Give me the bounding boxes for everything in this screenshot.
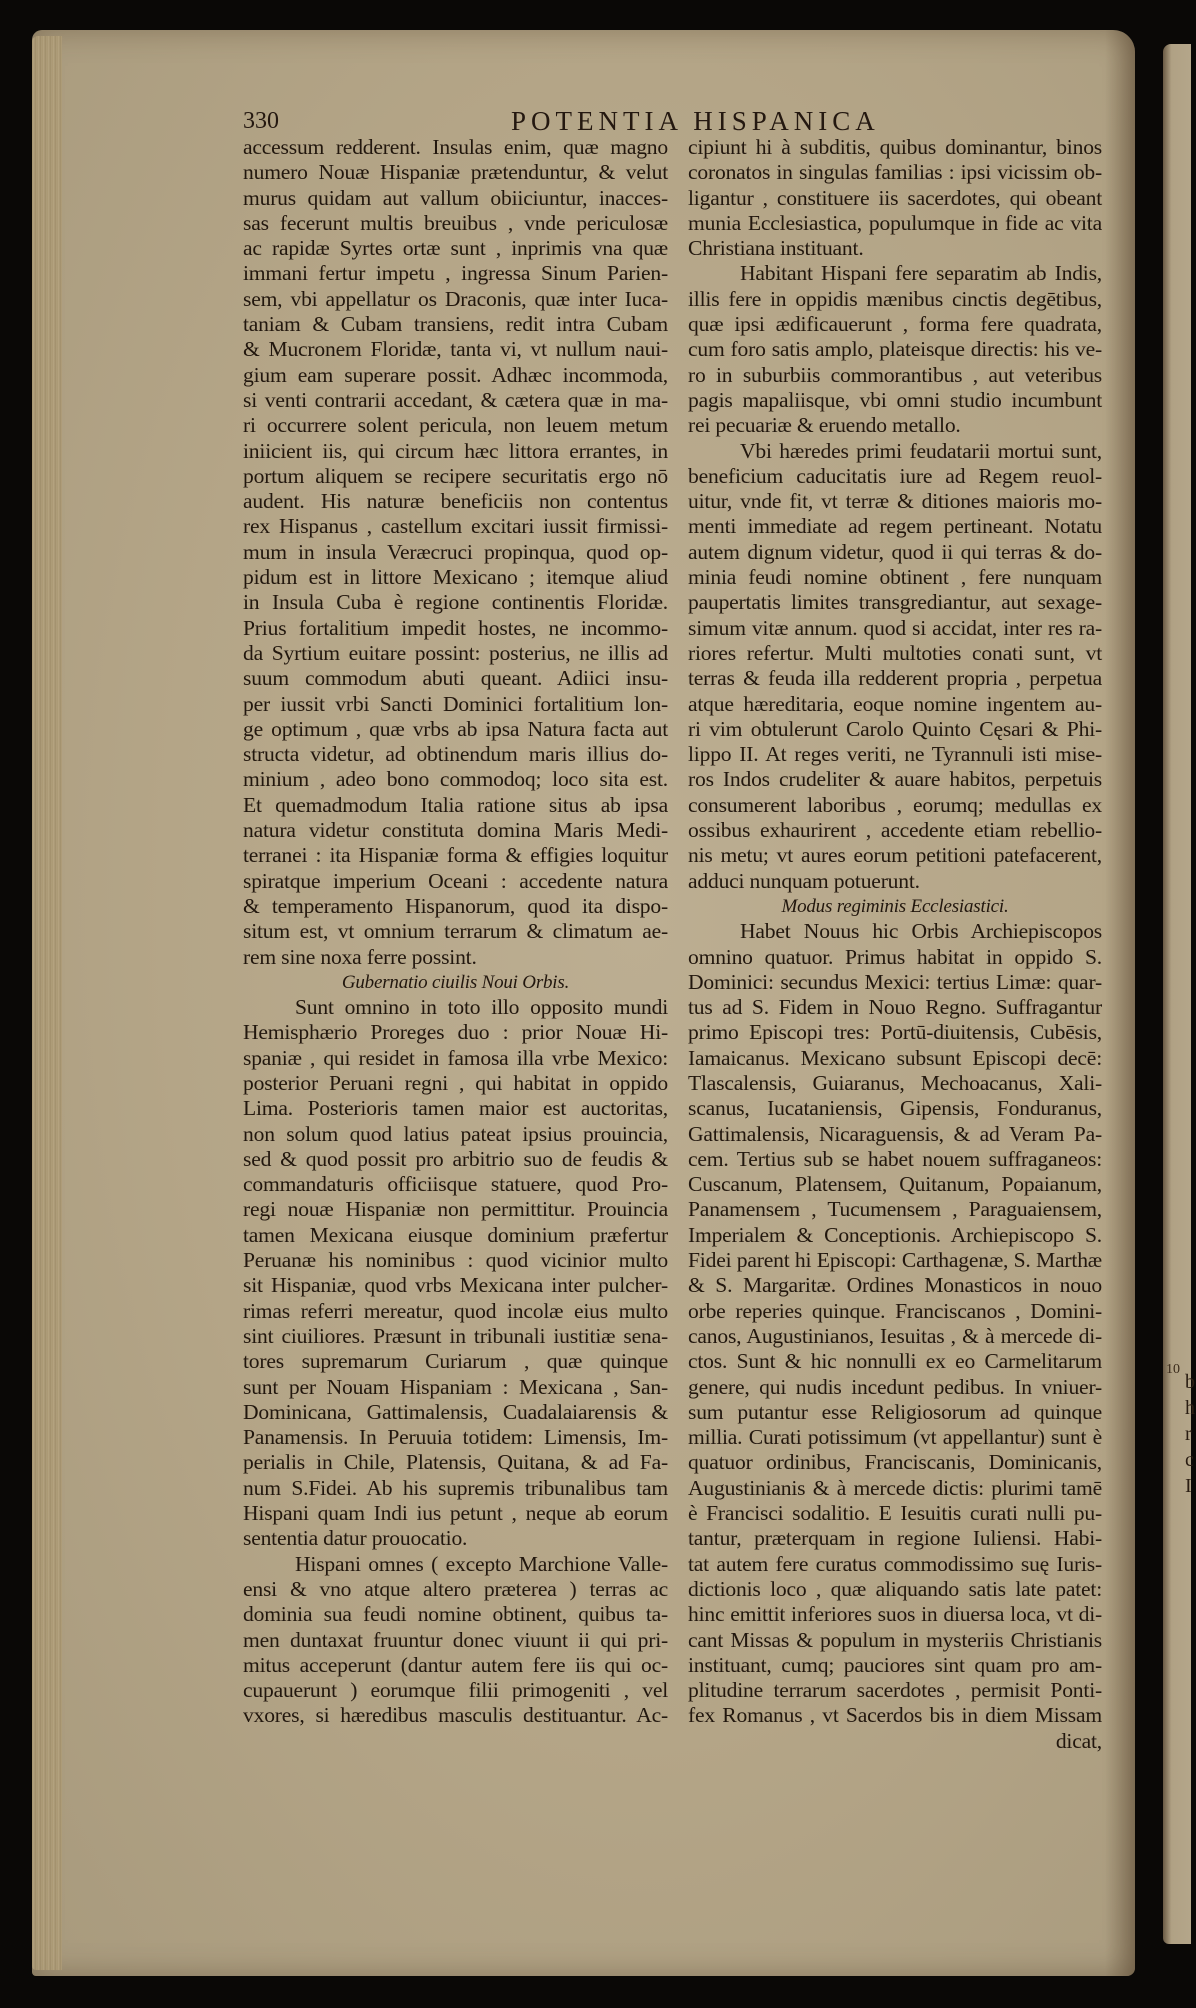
text-line: omnino quatuor. Primus habitat in oppido… <box>688 945 1102 970</box>
text-line: tantur, præterquam in regione Iuliensi. … <box>688 1526 1102 1551</box>
text-line-content: cant Missas & populum in mysteriis Chris… <box>688 1628 1102 1653</box>
text-line-content: cum foro satis amplo, plateisque directi… <box>688 337 1102 362</box>
running-title: POTENTIA HISPANICA <box>511 106 880 137</box>
text-line-content: consumerent laboribus , eorumq; medullas… <box>688 793 1102 818</box>
text-line-content: tantur, præterquam in regione Iuliensi. … <box>688 1526 1102 1551</box>
text-line: commandaturis officiisque statuere, quod… <box>243 1172 668 1197</box>
text-line: beneficium caducitatis iure ad Regem reu… <box>688 464 1102 489</box>
text-line: Habet Nouus hic Orbis Archiepiscopos <box>688 919 1102 944</box>
text-line-content: rem sine noxa ferre possint. <box>243 945 668 970</box>
text-line-content: Panamensis. In Peruuia totidem: Limensis… <box>243 1425 668 1450</box>
text-line: ossibus exhaurirent , accedente etiam re… <box>688 818 1102 843</box>
text-line-content: tores supremarum Curiarum , quæ quinque <box>243 1349 668 1374</box>
text-line-content: dicat, <box>688 1729 1102 1754</box>
text-line-content: Tlascalensis, Guiaranus, Mechoacanus, Xa… <box>688 1071 1102 1096</box>
page-number: 330 <box>243 108 279 135</box>
text-line: Dominicana, Gattimalensis, Cuadalaiarens… <box>243 1400 668 1425</box>
text-line-content: minium , adeo bono commodoq; loco sita e… <box>243 767 668 792</box>
text-line: Iamaicanus. Mexicano subsunt Episcopi de… <box>688 1046 1102 1071</box>
text-line: sint ciuiliores. Præsunt in tribunali iu… <box>243 1324 668 1349</box>
text-line-content: Hispani quam Indi ius petunt , neque ab … <box>243 1501 668 1526</box>
text-line: mum in insula Veræcruci propinqua, quod … <box>243 540 668 565</box>
text-line-content: è Francisci sodalitio. E Iesuitis curati… <box>688 1501 1102 1526</box>
text-line-content: sas fecerunt multis breuibus , vnde peri… <box>243 211 668 236</box>
text-line-content: ensi & vno atque altero præterea ) terra… <box>243 1577 668 1602</box>
text-line: mitus acceperunt (dantur autem fere iis … <box>243 1653 668 1678</box>
left-column: accessum redderent. Insulas enim, quæ ma… <box>243 135 668 1729</box>
text-line-content: & S. Margaritæ. Ordines Monasticos in no… <box>688 1273 1102 1298</box>
text-line-content: & temperamento Hispanorum, quod ita disp… <box>243 894 668 919</box>
text-line-content: tamen Mexicana eiusque dominium præfertu… <box>243 1223 668 1248</box>
text-line: da Syrtium euitare possint: posterius, n… <box>243 641 668 666</box>
text-line: sas fecerunt multis breuibus , vnde peri… <box>243 211 668 236</box>
text-line-content: omnino quatuor. Primus habitat in oppido… <box>688 945 1102 970</box>
facing-page-edge: 10 bhrcI <box>1163 44 1191 1944</box>
text-line-content: minia feudi nomine obtinent , fere nunqu… <box>688 565 1102 590</box>
text-line-content: ri occurrere solent pericula, non leuem … <box>243 413 668 438</box>
text-line-content: cem. Tertius sub se habet nouem suffraga… <box>688 1147 1102 1172</box>
text-line: consumerent laboribus , eorumq; medullas… <box>688 793 1102 818</box>
text-line-content: ac rapidæ Syrtes ortæ sunt , inprimis vn… <box>243 236 668 261</box>
text-line: ro in suburbiis commorantibus , aut vete… <box>688 363 1102 388</box>
text-line: Cuscanum, Platensem, Quitanum, Popaianum… <box>688 1172 1102 1197</box>
text-line: Peruanæ his nominibus : quod vicinior mu… <box>243 1248 668 1273</box>
facing-page-letter: b <box>1185 1369 1195 1395</box>
catchword: dicat, <box>688 1729 1102 1754</box>
text-line: Tlascalensis, Guiaranus, Mechoacanus, Xa… <box>688 1071 1102 1096</box>
text-line: taniam & Cubam transiens, redit intra Cu… <box>243 312 668 337</box>
text-line: hinc emittit inferiores suos in diuersa … <box>688 1602 1102 1627</box>
text-line: vxores, si hæredibus masculis destituant… <box>243 1703 668 1728</box>
text-line-content: ligantur , constituere iis sacerdotes, q… <box>688 186 1102 211</box>
text-line-content: sit Hispaniæ, quod vrbs Mexicana inter p… <box>243 1273 668 1298</box>
text-line: accessum redderent. Insulas enim, quæ ma… <box>243 135 668 160</box>
text-line-content: Gubernatio ciuilis Noui Orbis. <box>243 970 668 995</box>
text-line: paupertatis limites transgrediantur, aut… <box>688 590 1102 615</box>
text-line: rex Hispanus , castellum excitari iussit… <box>243 514 668 539</box>
text-line-content: numero Nouæ Hispaniæ prætenduntur, & vel… <box>243 160 668 185</box>
text-line-content: si venti contrarii accedant, & cætera qu… <box>243 388 668 413</box>
text-line-content: accessum redderent. Insulas enim, quæ ma… <box>243 135 668 160</box>
text-line: num S.Fidei. Ab his supremis tribunalibu… <box>243 1476 668 1501</box>
text-line: iniicient iis, qui circum hæc littora er… <box>243 439 668 464</box>
text-line: ensi & vno atque altero præterea ) terra… <box>243 1577 668 1602</box>
text-line-content: munia Ecclesiastica, populumque in fide … <box>688 211 1102 236</box>
text-line: Fidei parent hi Episcopi: Carthagenæ, S.… <box>688 1248 1102 1273</box>
text-line: gium eam superare possit. Adhæc incommod… <box>243 363 668 388</box>
text-line: spiratque imperium Oceani : accedente na… <box>243 869 668 894</box>
text-line-content: coronatos in singulas familias : ipsi vi… <box>688 160 1102 185</box>
facing-page-letter: I <box>1185 1473 1195 1499</box>
text-line: cant Missas & populum in mysteriis Chris… <box>688 1628 1102 1653</box>
text-line-content: tat autem fere curatus commodissimo suę … <box>688 1552 1102 1577</box>
text-line: lippo II. At reges veriti, ne Tyrannuli … <box>688 742 1102 767</box>
text-line-content: sem, vbi appellatur os Draconis, quæ int… <box>243 287 668 312</box>
text-line-content: per iussit vrbi Sancti Dominici fortalit… <box>243 692 668 717</box>
text-line: minia feudi nomine obtinent , fere nunqu… <box>688 565 1102 590</box>
text-line-content: primo Episcopi tres: Portū-diuitensis, C… <box>688 1020 1102 1045</box>
text-line-content: Christiana instituant. <box>688 236 1102 261</box>
text-line-content: ctos. Sunt & hic nonnulli ex eo Carmelit… <box>688 1349 1102 1374</box>
text-line-content: Dominicana, Gattimalensis, Cuadalaiarens… <box>243 1400 668 1425</box>
text-line: sunt per Nouam Hispaniam : Mexicana , Sa… <box>243 1375 668 1400</box>
text-line: Dominici: secundus Mexici: tertius Limæ:… <box>688 970 1102 995</box>
text-line-content: illis fere in oppidis mænibus cinctis de… <box>688 287 1102 312</box>
text-line-content: ri vim obtulerunt Carolo Quinto Cęsari &… <box>688 717 1102 742</box>
running-head: 330 POTENTIA HISPANICA <box>243 108 1103 138</box>
text-line-content: Cuscanum, Platensem, Quitanum, Popaianum… <box>688 1172 1102 1197</box>
text-line-content: num S.Fidei. Ab his supremis tribunalibu… <box>243 1476 668 1501</box>
text-line-content: rimas referri mereatur, quod incolæ eius… <box>243 1299 668 1324</box>
text-line-content: ossibus exhaurirent , accedente etiam re… <box>688 818 1102 843</box>
text-line: posterior Peruani regni , qui habitat in… <box>243 1071 668 1096</box>
text-line-content: quatuor ordinibus, Franciscanis, Dominic… <box>688 1450 1102 1475</box>
text-line-content: immani fertur impetu , ingressa Sinum Pa… <box>243 261 668 286</box>
text-line: è Francisci sodalitio. E Iesuitis curati… <box>688 1501 1102 1526</box>
text-line-content: terranei : ita Hispaniæ forma & effigies… <box>243 843 668 868</box>
text-line: tat autem fere curatus commodissimo suę … <box>688 1552 1102 1577</box>
text-line-content: paupertatis limites transgrediantur, aut… <box>688 590 1102 615</box>
text-line: per iussit vrbi Sancti Dominici fortalit… <box>243 692 668 717</box>
text-line-content: men duntaxat fruuntur donec viuunt ii qu… <box>243 1628 668 1653</box>
text-line-content: cupauerunt ) eorumque filii primogeniti … <box>243 1678 668 1703</box>
text-line: rimas referri mereatur, quod incolæ eius… <box>243 1299 668 1324</box>
text-line: Augustinianis & à mercede dictis: plurim… <box>688 1476 1102 1501</box>
text-line-content: mum in insula Veræcruci propinqua, quod … <box>243 540 668 565</box>
text-line-content: nis metu; vt aures eorum petitioni patef… <box>688 843 1102 868</box>
text-line-content: da Syrtium euitare possint: posterius, n… <box>243 641 668 666</box>
text-line-content: atque hæreditaria, eoque nomine ingentem… <box>688 692 1102 717</box>
text-line-content: riores refertur. Multi multoties conati … <box>688 641 1102 666</box>
text-line: Gattimalensis, Nicaraguensis, & ad Veram… <box>688 1122 1102 1147</box>
facing-page-letter: c <box>1185 1447 1195 1473</box>
text-line: Vbi hæredes primi feudatarii mortui sunt… <box>688 439 1102 464</box>
text-line: Hispani quam Indi ius petunt , neque ab … <box>243 1501 668 1526</box>
text-line-content: Habitant Hispani fere separatim ab Indis… <box>740 261 1102 286</box>
text-line: fex Romanus , vt Sacerdos bis in diem Mi… <box>688 1703 1102 1728</box>
text-line: ligantur , constituere iis sacerdotes, q… <box>688 186 1102 211</box>
text-line-content: Augustinianis & à mercede dictis: plurim… <box>688 1476 1102 1501</box>
text-line: riores refertur. Multi multoties conati … <box>688 641 1102 666</box>
text-line: Habitant Hispani fere separatim ab Indis… <box>688 261 1102 286</box>
text-line: tamen Mexicana eiusque dominium præfertu… <box>243 1223 668 1248</box>
text-line: genere, qui nudis incedunt pedibus. In v… <box>688 1375 1102 1400</box>
text-line-content: sed & quod possit pro arbitrio suo de fe… <box>243 1147 668 1172</box>
text-line-content: ros Indos crudeliter & auare habitos, pe… <box>688 767 1102 792</box>
text-line: tus ad S. Fidem in Nouo Regno. Suffragan… <box>688 995 1102 1020</box>
text-line-content: Lima. Posterioris tamen maior est auctor… <box>243 1096 668 1121</box>
text-line: & S. Margaritæ. Ordines Monasticos in no… <box>688 1273 1102 1298</box>
text-line: cem. Tertius sub se habet nouem suffraga… <box>688 1147 1102 1172</box>
text-line: Imperialem & Conceptionis. Archiepiscopo… <box>688 1223 1102 1248</box>
text-line: cipiunt hi à subditis, quibus dominantur… <box>688 135 1102 160</box>
text-line: Hispani omnes ( excepto Marchione Valle- <box>243 1552 668 1577</box>
text-line: spaniæ , qui residet in famosa illa vrbe… <box>243 1046 668 1071</box>
text-line-content: quæ ipsi ædificauerunt , forma fere quad… <box>688 312 1102 337</box>
text-line: Prius fortalitium impedit hostes, ne inc… <box>243 616 668 641</box>
text-line-content: menti immediate ad regem pertineant. Not… <box>688 514 1102 539</box>
text-line: nis metu; vt aures eorum petitioni patef… <box>688 843 1102 868</box>
text-line: coronatos in singulas familias : ipsi vi… <box>688 160 1102 185</box>
text-line-content: & Mucronem Floridæ, tanta vi, vt nullum … <box>243 337 668 362</box>
text-line: dominia sua feudi nomine obtinent, quibu… <box>243 1602 668 1627</box>
text-line: rem sine noxa ferre possint. <box>243 945 668 970</box>
text-line: Panamensis. In Peruuia totidem: Limensis… <box>243 1425 668 1450</box>
text-line: atque hæreditaria, eoque nomine ingentem… <box>688 692 1102 717</box>
text-line: situm est, vt omnium terrarum & climatum… <box>243 919 668 944</box>
text-line: & Mucronem Floridæ, tanta vi, vt nullum … <box>243 337 668 362</box>
text-line-content: hinc emittit inferiores suos in diuersa … <box>688 1602 1102 1627</box>
text-line: structa videtur, ad obtinendum maris ill… <box>243 742 668 767</box>
text-line: primo Episcopi tres: Portū-diuitensis, C… <box>688 1020 1102 1045</box>
text-line-content: rei pecuariæ & eruendo metallo. <box>688 413 1102 438</box>
text-line-content: portum aliquem se recipere securitatis e… <box>243 464 668 489</box>
text-line: suum commodum abuti queant. Adiici insu- <box>243 666 668 691</box>
text-line: uitur, vnde fit, vt terræ & ditiones mai… <box>688 489 1102 514</box>
text-line-content: orbe reperies quinque. Franciscanos , Do… <box>688 1299 1102 1324</box>
text-line: menti immediate ad regem pertineant. Not… <box>688 514 1102 539</box>
text-line-content: spaniæ , qui residet in famosa illa vrbe… <box>243 1046 668 1071</box>
text-line: men duntaxat fruuntur donec viuunt ii qu… <box>243 1628 668 1653</box>
text-line-content: Sunt omnino in toto illo opposito mundi <box>295 995 668 1020</box>
text-line-content: simum vitæ annum. quod si accidat, inter… <box>688 616 1102 641</box>
text-line: terras & feuda illa redderent propria , … <box>688 666 1102 691</box>
text-line-content: terras & feuda illa redderent propria , … <box>688 666 1102 691</box>
text-line-content: Modus regiminis Ecclesiastici. <box>688 894 1102 919</box>
text-line-content: rex Hispanus , castellum excitari iussit… <box>243 514 668 539</box>
text-line: in Insula Cuba è regione continentis Flo… <box>243 590 668 615</box>
text-line-content: murus quidam aut vallum obiiciuntur, ina… <box>243 186 668 211</box>
text-line-content: in Insula Cuba è regione continentis Flo… <box>243 590 668 615</box>
text-line: regi nouæ Hispaniæ non permittitur. Prou… <box>243 1197 668 1222</box>
text-line: non solum quod latius pateat ipsius prou… <box>243 1122 668 1147</box>
text-line-content: plitudine terrarum sacerdotes , permisit… <box>688 1678 1102 1703</box>
page-edge-stack <box>32 36 62 1970</box>
text-line: pagis mapaliisque, vbi omni studio incum… <box>688 388 1102 413</box>
text-line-content: Et quemadmodum Italia ratione situs ab i… <box>243 793 668 818</box>
text-line-content: situm est, vt omnium terrarum & climatum… <box>243 919 668 944</box>
text-line-content: cipiunt hi à subditis, quibus dominantur… <box>688 135 1102 160</box>
facing-page-margin-letters: bhrcI <box>1185 1369 1195 1499</box>
text-line: sententia datur prouocatio. <box>243 1526 668 1551</box>
text-line: immani fertur impetu , ingressa Sinum Pa… <box>243 261 668 286</box>
text-line-content: ro in suburbiis commorantibus , aut vete… <box>688 363 1102 388</box>
text-line: cupauerunt ) eorumque filii primogeniti … <box>243 1678 668 1703</box>
facing-page-letter: r <box>1185 1421 1195 1447</box>
text-line: plitudine terrarum sacerdotes , permisit… <box>688 1678 1102 1703</box>
text-line-content: suum commodum abuti queant. Adiici insu- <box>243 666 668 691</box>
text-line: sed & quod possit pro arbitrio suo de fe… <box>243 1147 668 1172</box>
text-line: natura videtur constituta domina Maris M… <box>243 818 668 843</box>
text-line: autem dignum videtur, quod ii qui terras… <box>688 540 1102 565</box>
text-line-content: sunt per Nouam Hispaniam : Mexicana , Sa… <box>243 1375 668 1400</box>
text-line: numero Nouæ Hispaniæ prætenduntur, & vel… <box>243 160 668 185</box>
text-line: munia Ecclesiastica, populumque in fide … <box>688 211 1102 236</box>
text-line-content: pagis mapaliisque, vbi omni studio incum… <box>688 388 1102 413</box>
text-line: audent. His naturæ beneficiis non conten… <box>243 489 668 514</box>
text-line-content: canos, Augustinianos, Iesuitas , & à mer… <box>688 1324 1102 1349</box>
text-line: ctos. Sunt & hic nonnulli ex eo Carmelit… <box>688 1349 1102 1374</box>
text-line-content: lippo II. At reges veriti, ne Tyrannuli … <box>688 742 1102 767</box>
text-line: murus quidam aut vallum obiiciuntur, ina… <box>243 186 668 211</box>
text-line-content: posterior Peruani regni , qui habitat in… <box>243 1071 668 1096</box>
right-column: cipiunt hi à subditis, quibus dominantur… <box>688 135 1102 1754</box>
text-line: minium , adeo bono commodoq; loco sita e… <box>243 767 668 792</box>
text-line-content: beneficium caducitatis iure ad Regem reu… <box>688 464 1102 489</box>
text-line-content: instituant, cumq; pauciores sint quam pr… <box>688 1653 1102 1678</box>
text-line: Hemisphærio Proreges duo : prior Nouæ Hi… <box>243 1020 668 1045</box>
text-line-content: Imperialem & Conceptionis. Archiepiscopo… <box>688 1223 1102 1248</box>
text-line-content: taniam & Cubam transiens, redit intra Cu… <box>243 312 668 337</box>
text-line: cum foro satis amplo, plateisque directi… <box>688 337 1102 362</box>
text-line-content: iniicient iis, qui circum hæc littora er… <box>243 439 668 464</box>
text-line-content: Hispani omnes ( excepto Marchione Valle- <box>295 1552 668 1577</box>
text-line-content: Panamensem , Tucumensem , Paraguaiensem, <box>688 1197 1102 1222</box>
text-line: terranei : ita Hispaniæ forma & effigies… <box>243 843 668 868</box>
text-line: sem, vbi appellatur os Draconis, quæ int… <box>243 287 668 312</box>
text-line: pidum est in littore Mexicano ; itemque … <box>243 565 668 590</box>
text-line-content: sententia datur prouocatio. <box>243 1526 668 1551</box>
text-line-content: tus ad S. Fidem in Nouo Regno. Suffragan… <box>688 995 1102 1020</box>
text-line-content: dominia sua feudi nomine obtinent, quibu… <box>243 1602 668 1627</box>
text-line-content: Gattimalensis, Nicaraguensis, & ad Veram… <box>688 1122 1102 1147</box>
text-line: Panamensem , Tucumensem , Paraguaiensem, <box>688 1197 1102 1222</box>
text-line-content: perialis in Chile, Platensis, Quitana, &… <box>243 1450 668 1475</box>
text-line: tores supremarum Curiarum , quæ quinque <box>243 1349 668 1374</box>
text-line: instituant, cumq; pauciores sint quam pr… <box>688 1653 1102 1678</box>
text-line-content: sum putantur esse Religiosorum ad quinqu… <box>688 1400 1102 1425</box>
text-line-content: millia. Curati potissimum (vt appellantu… <box>688 1425 1102 1450</box>
text-line: simum vitæ annum. quod si accidat, inter… <box>688 616 1102 641</box>
text-line-content: fex Romanus , vt Sacerdos bis in diem Mi… <box>688 1703 1102 1728</box>
text-line-content: Habet Nouus hic Orbis Archiepiscopos <box>740 919 1102 944</box>
text-line-content: Iamaicanus. Mexicano subsunt Episcopi de… <box>688 1046 1102 1071</box>
text-line-content: structa videtur, ad obtinendum maris ill… <box>243 742 668 767</box>
text-line: portum aliquem se recipere securitatis e… <box>243 464 668 489</box>
text-line-content: pidum est in littore Mexicano ; itemque … <box>243 565 668 590</box>
facing-page-margin-number: 10 <box>1166 1362 1180 1378</box>
text-line-content: Hemisphærio Proreges duo : prior Nouæ Hi… <box>243 1020 668 1045</box>
text-line: ac rapidæ Syrtes ortæ sunt , inprimis vn… <box>243 236 668 261</box>
text-line-content: audent. His naturæ beneficiis non conten… <box>243 489 668 514</box>
text-line: millia. Curati potissimum (vt appellantu… <box>688 1425 1102 1450</box>
text-line: Sunt omnino in toto illo opposito mundi <box>243 995 668 1020</box>
text-line-content: spiratque imperium Oceani : accedente na… <box>243 869 668 894</box>
text-line-content: Fidei parent hi Episcopi: Carthagenæ, S.… <box>688 1248 1102 1273</box>
section-heading: Gubernatio ciuilis Noui Orbis. <box>243 970 668 995</box>
text-line: quæ ipsi ædificauerunt , forma fere quad… <box>688 312 1102 337</box>
text-line-content: gium eam superare possit. Adhæc incommod… <box>243 363 668 388</box>
text-line: scanus, Iucataniensis, Gipensis, Fondura… <box>688 1096 1102 1121</box>
text-line-content: Dominici: secundus Mexici: tertius Limæ:… <box>688 970 1102 995</box>
text-line-content: Vbi hæredes primi feudatarii mortui sunt… <box>740 439 1102 464</box>
facing-page-letter: h <box>1185 1395 1195 1421</box>
section-heading: Modus regiminis Ecclesiastici. <box>688 894 1102 919</box>
text-line: illis fere in oppidis mænibus cinctis de… <box>688 287 1102 312</box>
text-line: si venti contrarii accedant, & cætera qu… <box>243 388 668 413</box>
text-line: quatuor ordinibus, Franciscanis, Dominic… <box>688 1450 1102 1475</box>
text-line: ge optimum , quæ vrbs ab ipsa Natura fac… <box>243 717 668 742</box>
gutter-shadow <box>1105 30 1135 1976</box>
text-line-content: Prius fortalitium impedit hostes, ne inc… <box>243 616 668 641</box>
text-line-content: natura videtur constituta domina Maris M… <box>243 818 668 843</box>
text-line-content: dictionis loco , quæ aliquando satis lat… <box>688 1577 1102 1602</box>
text-line: ri vim obtulerunt Carolo Quinto Cęsari &… <box>688 717 1102 742</box>
text-line: ros Indos crudeliter & auare habitos, pe… <box>688 767 1102 792</box>
text-line: Christiana instituant. <box>688 236 1102 261</box>
text-line: rei pecuariæ & eruendo metallo. <box>688 413 1102 438</box>
text-line-content: genere, qui nudis incedunt pedibus. In v… <box>688 1375 1102 1400</box>
text-line: ri occurrere solent pericula, non leuem … <box>243 413 668 438</box>
text-line: Et quemadmodum Italia ratione situs ab i… <box>243 793 668 818</box>
text-line: canos, Augustinianos, Iesuitas , & à mer… <box>688 1324 1102 1349</box>
text-line-content: Peruanæ his nominibus : quod vicinior mu… <box>243 1248 668 1273</box>
text-line: sum putantur esse Religiosorum ad quinqu… <box>688 1400 1102 1425</box>
text-line-content: regi nouæ Hispaniæ non permittitur. Prou… <box>243 1197 668 1222</box>
text-line-content: autem dignum videtur, quod ii qui terras… <box>688 540 1102 565</box>
text-line-content: adduci nunquam potuerunt. <box>688 869 1102 894</box>
text-line: dictionis loco , quæ aliquando satis lat… <box>688 1577 1102 1602</box>
text-line-content: uitur, vnde fit, vt terræ & ditiones mai… <box>688 489 1102 514</box>
text-line-content: ge optimum , quæ vrbs ab ipsa Natura fac… <box>243 717 668 742</box>
text-line-content: commandaturis officiisque statuere, quod… <box>243 1172 668 1197</box>
text-line-content: vxores, si hæredibus masculis destituant… <box>243 1703 668 1728</box>
text-line: adduci nunquam potuerunt. <box>688 869 1102 894</box>
text-line: orbe reperies quinque. Franciscanos , Do… <box>688 1299 1102 1324</box>
text-line-content: mitus acceperunt (dantur autem fere iis … <box>243 1653 668 1678</box>
text-line: & temperamento Hispanorum, quod ita disp… <box>243 894 668 919</box>
text-line: sit Hispaniæ, quod vrbs Mexicana inter p… <box>243 1273 668 1298</box>
text-line-content: non solum quod latius pateat ipsius prou… <box>243 1122 668 1147</box>
text-line-content: scanus, Iucataniensis, Gipensis, Fondura… <box>688 1096 1102 1121</box>
text-line: Lima. Posterioris tamen maior est auctor… <box>243 1096 668 1121</box>
text-line: perialis in Chile, Platensis, Quitana, &… <box>243 1450 668 1475</box>
text-line-content: sint ciuiliores. Præsunt in tribunali iu… <box>243 1324 668 1349</box>
